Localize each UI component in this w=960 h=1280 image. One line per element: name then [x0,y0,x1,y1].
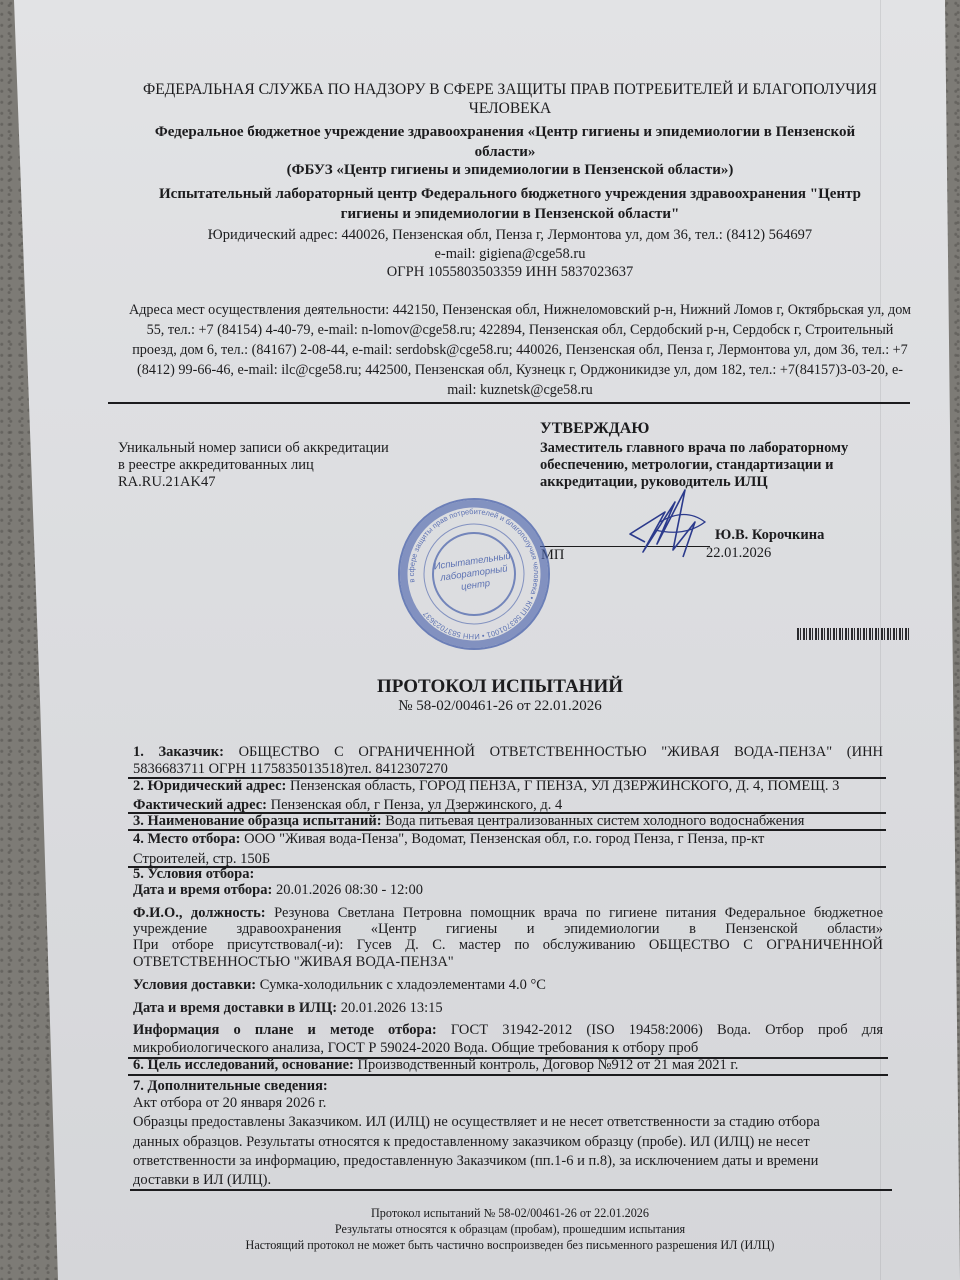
section-purpose: 6. Цель исследований, основание: Произво… [133,1057,883,1074]
protocol-title: ПРОТОКОЛ ИСПЫТАНИЙ [100,676,900,698]
barcode-icon [797,628,909,640]
delivery-datetime-label: Дата и время доставки в ИЛЦ: [133,1000,337,1016]
approval-title: УТВЕРЖДАЮ [540,420,900,437]
institution-name: Федеральное бюджетное учреждение здравоо… [135,122,875,162]
header-divider [108,402,910,404]
activity-addresses: Адреса мест осуществления деятельности: … [125,300,915,400]
additional-info-line-3: ответственности за информацию, предостав… [133,1153,893,1170]
delivery-conditions-value: Сумка-холодильник с хладоэлементами 4.0 … [260,977,546,993]
ogrn-inn: ОГРН 1055803503359 ИНН 5837023637 [110,263,910,282]
delivery-conditions-label: Условия доставки: [133,977,256,993]
row-divider [128,1074,888,1076]
additional-info-label: 7. Дополнительные сведения: [133,1078,883,1095]
sampling-place-label: 4. Место отбора: [133,831,240,847]
customer-value-cont: 5836683711 ОГРН 1175835013518)тел. 84123… [133,761,883,778]
sampling-method: Информация о плане и методе отбора: ГОСТ… [133,1022,883,1039]
sampling-datetime-value: 20.01.2026 08:30 - 12:00 [276,882,423,898]
actual-address-label: Фактический адрес: [133,797,267,813]
customer-label: 1. Заказчик: [133,744,224,760]
accreditation-line-2: в реестре аккредитованных лиц [118,457,448,474]
delivery-datetime-value: 20.01.2026 13:15 [341,1000,443,1016]
protocol-number: № 58-02/00461-26 от 22.01.2026 [100,698,900,715]
footer-results-note: Результаты относятся к образцам (пробам)… [150,1221,870,1237]
legal-address: Юридический адрес: 440026, Пензенская об… [110,226,910,245]
purpose-label: 6. Цель исследований, основание: [133,1057,354,1073]
additional-info-line-1: Образцы предоставлены Заказчиком. ИЛ (ИЛ… [133,1114,893,1131]
institution-short-name: (ФБУЗ «Центр гигиены и эпидемиологии в П… [110,160,910,180]
sampling-act: Акт отбора от 20 января 2026 г. [133,1095,883,1112]
sampling-method-label: Информация о плане и методе отбора: [133,1022,437,1038]
lab-name: Испытательный лабораторный центр Федерал… [140,184,880,224]
customer-value: ОБЩЕСТВО С ОГРАНИЧЕННОЙ ОТВЕТСТВЕННОСТЬЮ… [239,744,883,760]
section-legal-address: 2. Юридический адрес: Пензенская область… [133,778,883,795]
purpose-value: Производственный контроль, Договор №912 … [357,1057,738,1073]
section-customer: 1. Заказчик: ОБЩЕСТВО С ОГРАНИЧЕННОЙ ОТВ… [133,744,883,761]
lab-stamp: в сфере защиты прав потребителей и благо… [388,488,560,660]
actual-address-value: Пензенская обл, г Пенза, ул Дзержинского… [271,797,563,813]
agency-title: ФЕДЕРАЛЬНАЯ СЛУЖБА ПО НАДЗОРУ В СФЕРЕ ЗА… [110,80,910,118]
lab-email: e-mail: gigiena@cge58.ru [110,245,910,264]
present-persons-cont: ОТВЕТСТВЕННОСТЬЮ "ЖИВАЯ ВОДА-ПЕНЗА" [133,954,883,971]
sampling-conditions-label: 5. Условия отбора: [133,866,883,883]
sampler-value: Резунова Светлана Петровна помощник врач… [274,905,883,921]
sampling-datetime-label: Дата и время отбора: [133,882,272,898]
signer-name: Ю.В. Корочкина [715,527,824,544]
accreditation-number: RA.RU.21AK47 [118,474,448,491]
sampling-place-value: ООО "Живая вода-Пенза", Водомат, Пензенс… [244,831,764,847]
sampling-datetime: Дата и время отбора: 20.01.2026 08:30 - … [133,882,883,899]
legal-address-label: 2. Юридический адрес: [133,778,286,794]
section-sampling-place: 4. Место отбора: ООО "Живая вода-Пенза",… [133,831,883,848]
sampling-method-value: ГОСТ 31942-2012 (ISO 19458:2006) Вода. О… [451,1022,883,1038]
present-persons: При отборе присутствовал(-и): Гусев Д. С… [133,937,883,954]
sampler-person: Ф.И.О., должность: Резунова Светлана Пет… [133,905,883,922]
sampler-label: Ф.И.О., должность: [133,905,266,921]
accreditation-block: Уникальный номер записи об аккредитации … [118,440,448,491]
approval-date: 22.01.2026 [706,545,771,562]
sample-name-value: Вода питьевая централизованных систем хо… [385,813,804,829]
delivery-conditions: Условия доставки: Сумка-холодильник с хл… [133,977,883,994]
sampler-value-cont: учреждение здравоохранения «Центр гигиен… [133,921,883,938]
footer-copy-note: Настоящий протокол не может быть частичн… [150,1237,870,1253]
row-divider [130,1189,892,1191]
sampling-method-cont: микробиологического анализа, ГОСТ Р 5902… [133,1040,883,1057]
additional-info-line-2: данных образцов. Результаты относятся к … [133,1134,893,1151]
additional-info-line-4: доставки в ИЛ (ИЛЦ). [133,1172,883,1189]
sample-name-label: 3. Наименование образца испытаний: [133,813,382,829]
accreditation-line-1: Уникальный номер записи об аккредитации [118,440,448,457]
section-sample-name: 3. Наименование образца испытаний: Вода … [133,813,883,830]
delivery-datetime: Дата и время доставки в ИЛЦ: 20.01.2026 … [133,1000,883,1017]
footer-protocol-ref: Протокол испытаний № 58-02/00461-26 от 2… [150,1205,870,1221]
signature-icon [625,482,715,562]
approval-block: УТВЕРЖДАЮ Заместитель главного врача по … [540,420,900,491]
legal-address-value: Пензенская область, ГОРОД ПЕНЗА, Г ПЕНЗА… [290,778,839,794]
